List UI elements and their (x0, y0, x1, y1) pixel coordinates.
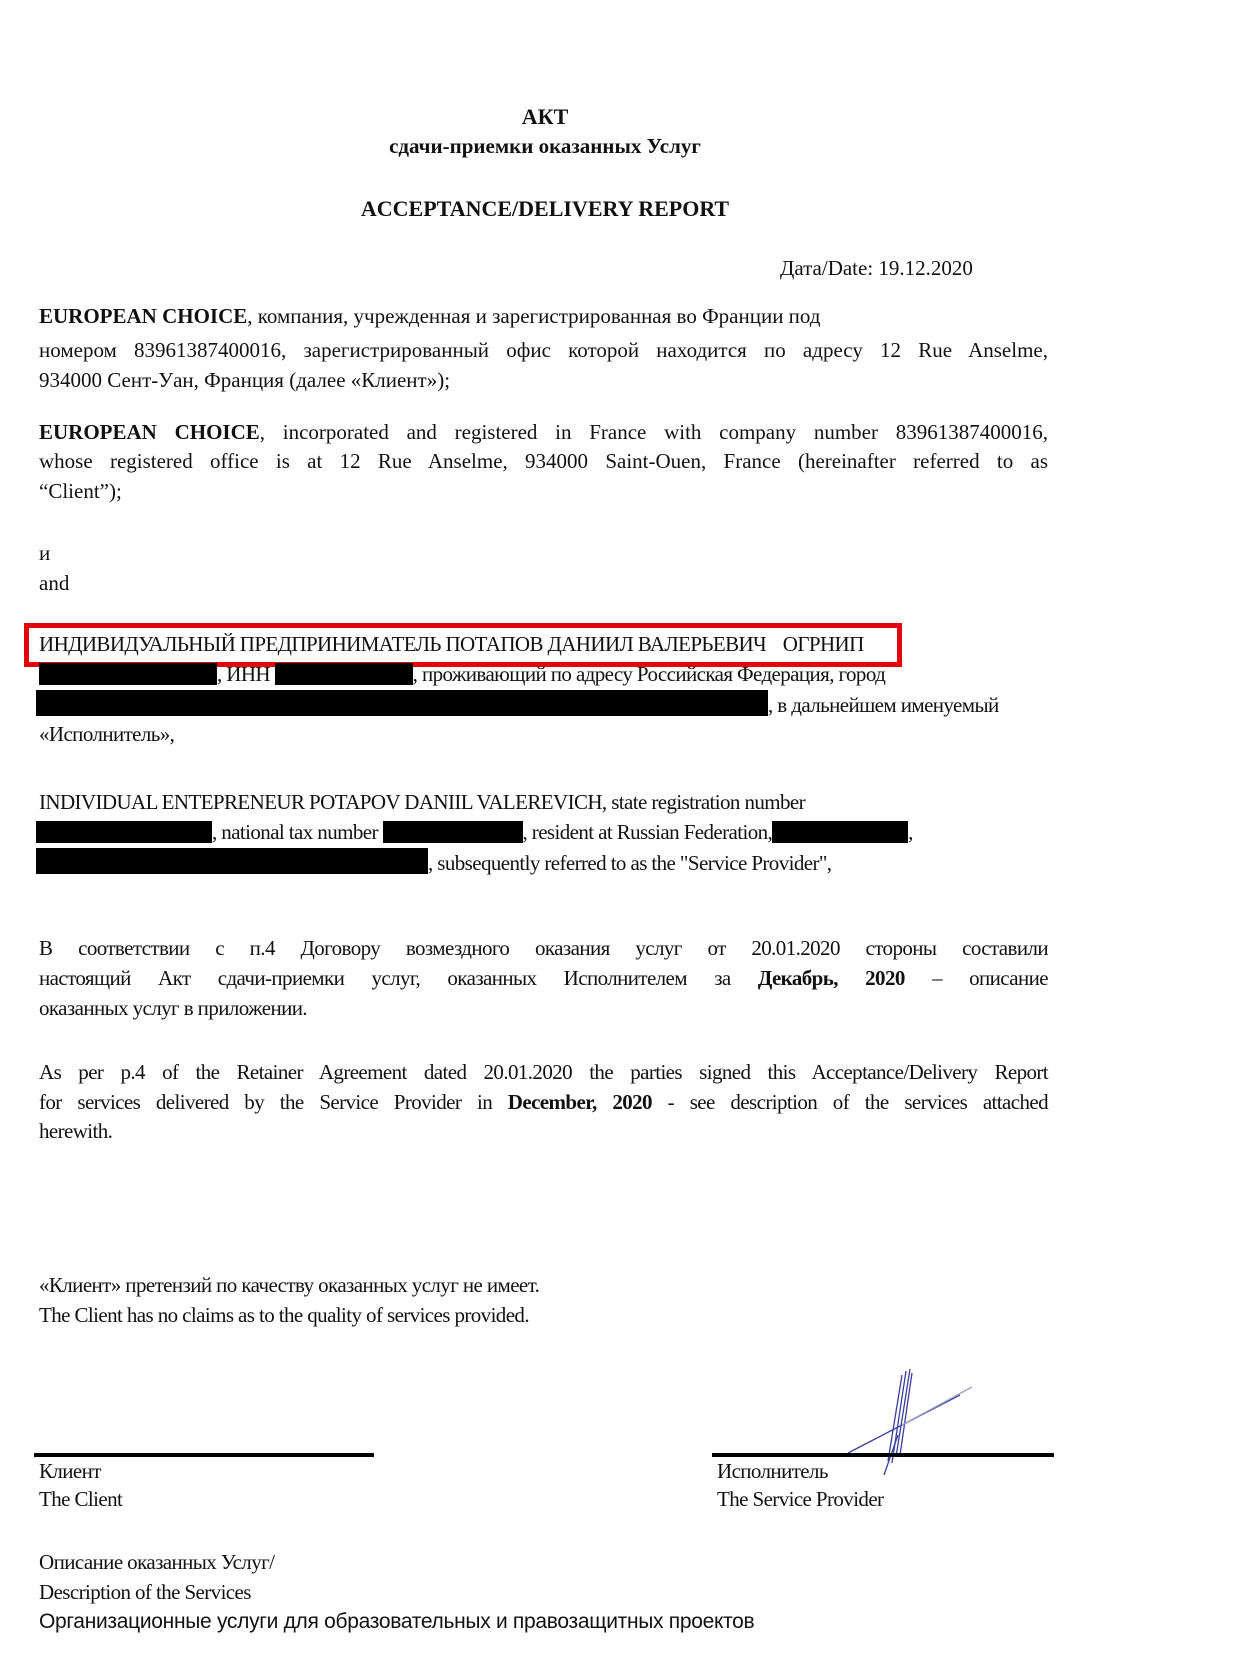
client-en-line-3: “Client”); (39, 477, 122, 505)
provider-name-highlighted: ИНДИВИДУАЛЬНЫЙ ПРЕДПРИНИМАТЕЛЬ ПОТАПОВ Д… (39, 632, 766, 656)
client-en-line-2: whose registered office is at 12 Rue Ans… (39, 447, 1048, 475)
title-ru: АКТ (0, 104, 1090, 130)
services-description: Организационные услуги для образовательн… (39, 1608, 754, 1636)
provider-label-en: The Service Provider (717, 1485, 883, 1513)
inn-label: , ИНН (217, 662, 275, 686)
conjunction-en: and (39, 569, 69, 597)
redacted-registration (36, 821, 212, 843)
title-en: ACCEPTANCE/DELIVERY REPORT (0, 196, 1090, 222)
claims-en: The Client has no claims as to the quali… (39, 1301, 529, 1329)
conjunction-ru: и (39, 539, 50, 567)
client-label-en: The Client (39, 1485, 122, 1513)
services-heading-en: Description of the Services (39, 1578, 251, 1606)
redacted-tax (383, 821, 523, 843)
agreement-en-text: for services delivered by the Service Pr… (39, 1090, 508, 1114)
client-name: EUROPEAN CHOICE (39, 304, 247, 328)
redacted-address-en (36, 848, 428, 874)
services-heading-ru: Описание оказанных Услуг/ (39, 1548, 274, 1576)
ogrnip-label: ОГРНИП (778, 632, 864, 656)
period-en: December, 2020 (508, 1090, 652, 1114)
date-label: Дата/Date: (780, 256, 873, 280)
redacted-address (36, 690, 768, 716)
tax-label: , national tax number (212, 820, 383, 844)
client-ru-line-1: EUROPEAN CHOICE, компания, учрежденная и… (39, 302, 821, 330)
agreement-en-text-2: - see description of the services attach… (652, 1090, 1048, 1114)
signature-icon (840, 1365, 980, 1475)
provider-en-line-2: , national tax number , resident at Russ… (36, 818, 913, 846)
client-ru-line-2: номером 83961387400016, зарегистрированн… (39, 336, 1048, 364)
address-label: , проживающий по адресу Российская Федер… (413, 662, 886, 686)
provider-ru-line-3: , в дальнейшем именуемый (36, 690, 999, 719)
redacted-ogrnip (39, 663, 217, 685)
date-value: 19.12.2020 (878, 256, 973, 280)
agreement-en-line-1: As per p.4 of the Retainer Agreement dat… (39, 1058, 1048, 1086)
resident-label: , resident at Russian Federation, (523, 820, 773, 844)
provider-ru-text: , в дальнейшем именуемый (768, 693, 999, 717)
provider-ru-line-4: «Исполнитель», (39, 720, 174, 748)
client-name: EUROPEAN CHOICE (39, 420, 260, 444)
client-ru-line-3: 934000 Сент-Уан, Франция (далее «Клиент»… (39, 366, 450, 394)
provider-ru-line-1: ИНДИВИДУАЛЬНЫЙ ПРЕДПРИНИМАТЕЛЬ ПОТАПОВ Д… (39, 630, 864, 658)
agreement-ru-line-2: настоящий Акт сдачи-приемки услуг, оказа… (39, 964, 1048, 992)
client-label-ru: Клиент (39, 1457, 101, 1485)
client-en-text: , incorporated and registered in France … (260, 420, 1048, 444)
provider-en-text: , subsequently referred to as the "Servi… (428, 851, 831, 875)
redacted-inn (275, 663, 413, 685)
agreement-en-line-2: for services delivered by the Service Pr… (39, 1088, 1048, 1116)
agreement-ru-line-3: оказанных услуг в приложении. (39, 994, 307, 1022)
agreement-ru-text: настоящий Акт сдачи-приемки услуг, оказа… (39, 966, 758, 990)
claims-ru: «Клиент» претензий по качеству оказанных… (39, 1271, 539, 1299)
comma: , (908, 820, 913, 844)
period-ru: Декабрь, 2020 (758, 966, 905, 990)
redacted-city (772, 821, 908, 843)
provider-en-line-3: , subsequently referred to as the "Servi… (36, 848, 831, 877)
subtitle-ru: сдачи-приемки оказанных Услуг (0, 134, 1090, 159)
provider-ru-line-2: , ИНН , проживающий по адресу Российская… (39, 660, 885, 688)
agreement-ru-line-1: В соответствии с п.4 Договору возмездног… (39, 934, 1048, 962)
document-date: Дата/Date: 19.12.2020 (780, 256, 973, 281)
client-ru-text: , компания, учрежденная и зарегистрирова… (247, 304, 820, 328)
agreement-ru-text-2: – описание (905, 966, 1048, 990)
agreement-en-line-3: herewith. (39, 1117, 112, 1145)
provider-label-ru: Исполнитель (717, 1457, 828, 1485)
provider-en-line-1: INDIVIDUAL ENTEPRENEUR POTAPOV DANIIL VA… (39, 788, 805, 816)
client-en-line-1: EUROPEAN CHOICE, incorporated and regist… (39, 418, 1048, 446)
